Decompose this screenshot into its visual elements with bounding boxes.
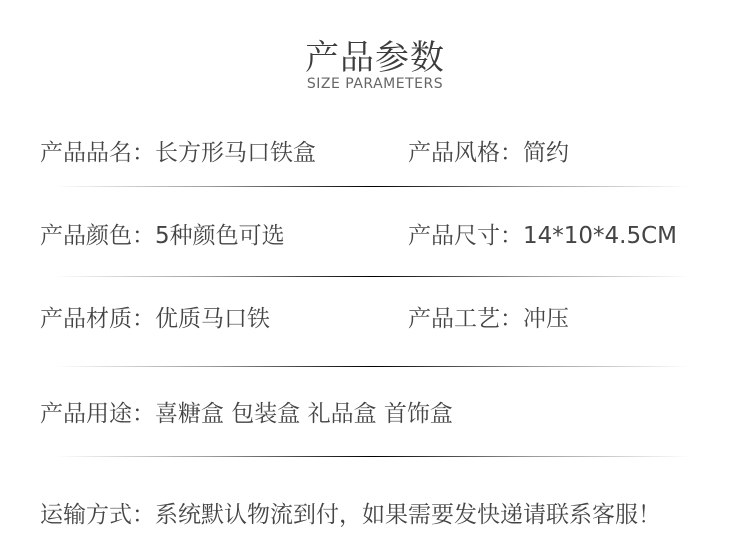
param-row-craft: 产品工艺：冲压 [408, 300, 569, 333]
divider [55, 276, 690, 277]
param-value: 喜糖盒 包装盒 礼品盒 首饰盒 [155, 401, 453, 427]
param-row-usage: 产品用途：喜糖盒 包装盒 礼品盒 首饰盒 [40, 395, 453, 428]
param-value: 系统默认物流到付，如果需要发快递请联系客服！ [155, 502, 661, 528]
param-value: 优质马口铁 [155, 306, 270, 332]
divider [55, 186, 690, 187]
param-row-material: 产品材质：优质马口铁 [40, 300, 270, 333]
param-value: 冲压 [523, 306, 569, 332]
param-row-size: 产品尺寸：14*10*4.5CM [408, 217, 677, 250]
param-label: 运输方式： [40, 502, 155, 528]
param-value: 5种颜色可选 [155, 223, 285, 249]
param-row-name: 产品品名：长方形马口铁盒 [40, 134, 316, 167]
param-label: 产品颜色： [40, 223, 155, 249]
param-label: 产品尺寸： [408, 223, 523, 249]
page-subtitle: SIZE PARAMETERS [0, 76, 750, 92]
param-value: 长方形马口铁盒 [155, 140, 316, 166]
param-row-color: 产品颜色：5种颜色可选 [40, 217, 285, 250]
param-label: 产品工艺： [408, 306, 523, 332]
param-label: 产品用途： [40, 401, 155, 427]
param-value: 14*10*4.5CM [523, 223, 677, 249]
divider [55, 456, 690, 457]
param-label: 产品品名： [40, 140, 155, 166]
param-value: 简约 [523, 140, 569, 166]
param-row-style: 产品风格：简约 [408, 134, 569, 167]
param-label: 产品材质： [40, 306, 155, 332]
page-title: 产品参数 [0, 30, 750, 79]
param-label: 产品风格： [408, 140, 523, 166]
param-row-shipping: 运输方式：系统默认物流到付，如果需要发快递请联系客服！ [40, 496, 661, 529]
divider [55, 366, 690, 367]
